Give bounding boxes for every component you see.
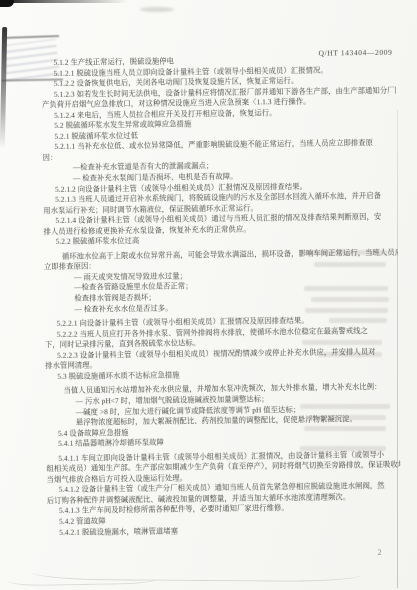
body-text: 5.1.2 生产线正常运行，脱硫设施停电5.1.2.1 脱硫设施当班人员立即向设… — [41, 54, 401, 538]
scanned-page: Q/HT 143404—2009 5.1.2 生产线正常运行，脱硫设施停电5.1… — [0, 0, 417, 590]
page-number: 2 — [377, 548, 381, 557]
page-content: Q/HT 143404—2009 5.1.2 生产线正常运行，脱硫设施停电5.1… — [0, 0, 417, 590]
